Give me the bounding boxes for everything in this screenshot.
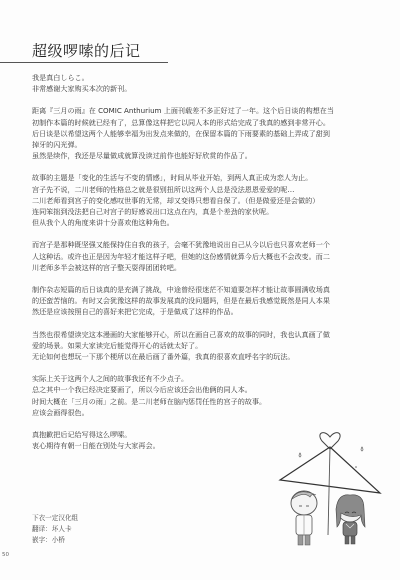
credits-group: 下衣一定汉化组 [32,513,78,524]
text-line: 初制作本篇的时候就已经有了，总算像这样把它以同人本的形式给完成了我真的感到非常开… [32,117,377,128]
paragraph-production: 制作杂志短篇的后日谈真的是充满了挑战，中途曾经很迷茫不知道要怎样才能让故事圆满收… [32,284,377,318]
paragraph-background: 距离『三月の雨』在 COMIC Anthurium 上面刊载差不多正好过了一年。… [32,105,377,161]
text-line: 当然也很希望读完这本漫画的大家能够开心，所以在画自己喜欢的故事的同时，我也认真画… [32,329,377,340]
text-line: 但从我个人的角度来讲十分喜欢他这种角色。 [32,217,377,228]
text-line: 故事的主题是「变化的生活与不变的情感」，时间从毕业开始，到两人真正成为恋人为止。 [32,172,377,183]
paragraph-hopes: 当然也很希望读完这本漫画的大家能够开心，所以在画自己喜欢的故事的同时，我也认真画… [32,329,377,363]
text-line: 川老师多半会被这样的宫子整天耍得团团转吧。 [32,262,377,273]
page-number: 50 [2,552,9,558]
raindrop-icon [361,447,363,451]
text-line: 而宫子是那种既坚强又能保持住自我的孩子，会毫不犹豫地说出自己从今以后也只喜欢老师… [32,239,377,250]
text-line: 宫子先不说，二川老师的性格总之就是很别扭所以这两个人总是没法恩恩爱爱的呢… [32,184,377,195]
text-line: 的还蛮苦恼的。有时又会犹豫这样的故事发展真的没问题吗，但是在最后我感觉既然是同人… [32,295,377,306]
text-line: 后日谈是以希望这两个人能够幸福为出发点来做的，在保留本篇的下雨要素的基础上弄成了… [32,128,377,139]
paragraph-future: 实际上关于这两个人之间的故事我还有不少点子。 总之其中一个我已经决定要画了，所以… [32,373,377,418]
paragraph-theme: 故事的主题是「变化的生活与不变的情感」，时间从毕业开始，到两人真正成为恋人为止。… [32,172,377,228]
boy-figure [291,491,317,545]
text-line: 然还是应该按照自己的喜好来把它完成，于是做成了这样的作品。 [32,306,377,317]
credits-block: 下衣一定汉化组 翻译：坏人卡 嵌字：小桥 [32,513,78,546]
text-line: 应该会画得很色。 [32,407,377,418]
page-title: 超级啰嗦的后记 [32,40,141,61]
document-page: 超级啰嗦的后记 我是真白しらこ。 非常感谢大家购买本次的新刊。 距离『三月の雨』… [0,0,400,580]
text-line: 虽然是续作，我还是尽量做成就算没读过前作也能好好欣赏的作品了。 [32,150,377,161]
umbrella-couple-illustration [270,425,390,555]
text-line: 人这种话。或许也正是因为年轻才能这样子吧，但她的这份感情就算今后大概也不会改变。… [32,251,377,262]
raindrop-icon [299,453,301,457]
text-line: 实际上关于这两个人之间的故事我还有不少点子。 [32,373,377,384]
text-line: 我是真白しらこ。 [32,72,377,83]
text-line: 时间大概在「三月の雨」之前。是二川老师在脑内惩罚任性的宫子的故事。 [32,396,377,407]
paragraph-greeting: 我是真白しらこ。 非常感谢大家购买本次的新刊。 [32,72,377,94]
text-line: 制作杂志短篇的后日谈真的是充满了挑战，中途曾经很迷茫不知道要怎样才能让故事圆满收… [32,284,377,295]
text-line: 距离『三月の雨』在 COMIC Anthurium 上面刊载差不多正好过了一年。… [32,105,377,116]
title-underline [0,62,168,63]
text-line: 无论如何也想玩一下那个梗所以在最后画了番外篇，我真的很喜欢直呼名字的玩法。 [32,351,377,362]
paragraph-miyako: 而宫子是那种既坚强又能保持住自我的孩子，会毫不犹豫地说出自己从今以后也只喜欢老师… [32,239,377,273]
girl-figure [336,495,365,544]
text-line: 总之其中一个我已经决定要画了，所以今后应该还会出他俩的同人本。 [32,384,377,395]
text-line: 掉牙的闪光弹。 [32,139,377,150]
afterword-body: 我是真白しらこ。 非常感谢大家购买本次的新刊。 距离『三月の雨』在 COMIC … [32,72,377,462]
text-line: 非常感谢大家购买本次的新刊。 [32,83,377,94]
umbrella-shaft [328,447,330,535]
credits-translator: 翻译：坏人卡 [32,524,78,535]
credits-typesetter: 嵌字：小桥 [32,535,78,546]
text-line: 连同笨拙到没法把自己对宫子的好感说出口这点在内，真是个差劲的家伙呢。 [32,206,377,217]
text-line: 爱的场景。如果大家读完后能觉得开心的话就太好了。 [32,340,377,351]
text-line: 二川老师看到宫子的变化感叹世事的无常，却又变得只想看自保了。（但是做爱还是会做的… [32,195,377,206]
